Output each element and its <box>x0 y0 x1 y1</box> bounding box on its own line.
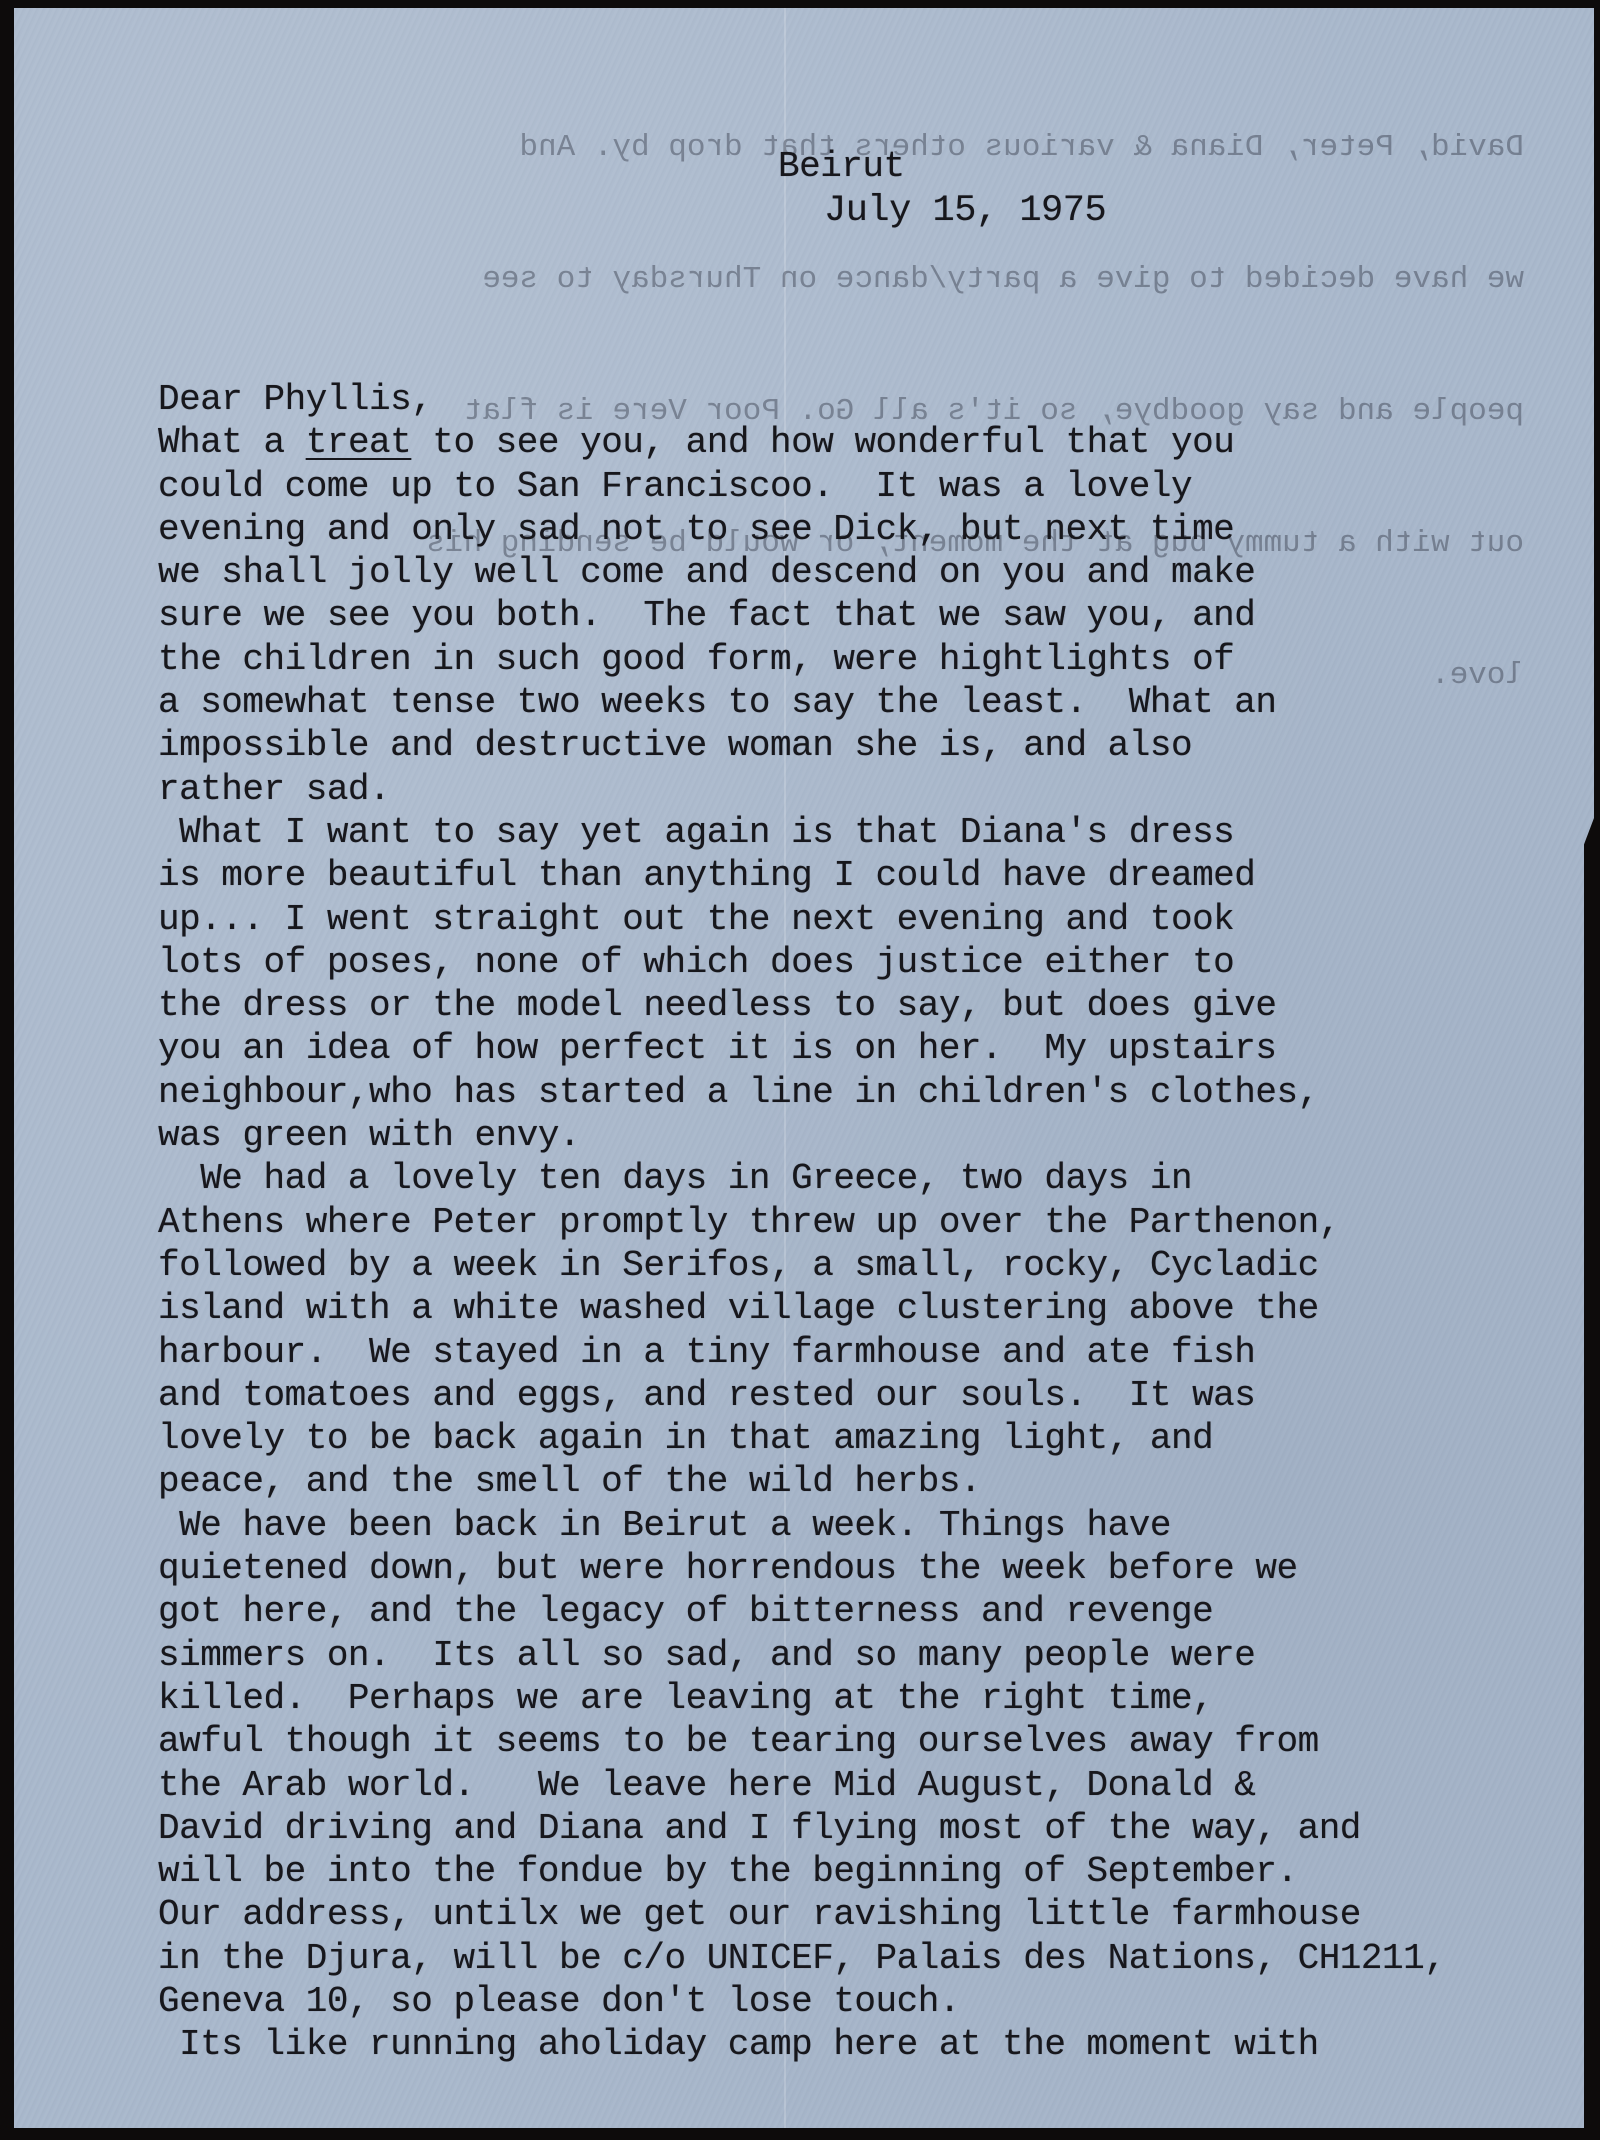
letter-line: followed by a week in Serifos, a small, … <box>158 1244 1588 1287</box>
letter-line: sure we see you both. The fact that we s… <box>158 594 1588 637</box>
letter-line: peace, and the smell of the wild herbs. <box>158 1460 1588 1503</box>
letter-line: quietened down, but were horrendous the … <box>158 1547 1588 1590</box>
letter-line: could come up to San Franciscoo. It was … <box>158 465 1588 508</box>
letter-text: What a <box>158 422 306 463</box>
letter-line: the children in such good form, were hig… <box>158 638 1588 681</box>
letter-line: killed. Perhaps we are leaving at the ri… <box>158 1677 1588 1720</box>
letter-line: island with a white washed village clust… <box>158 1287 1588 1330</box>
letter-place: Beirut <box>778 146 905 187</box>
letter-line: impossible and destructive woman she is,… <box>158 724 1588 767</box>
letter-line: Geneva 10, so please don't lose touch. <box>158 1980 1588 2023</box>
letter-line: neighbour,who has started a line in chil… <box>158 1071 1588 1114</box>
letter-line: was green with envy. <box>158 1114 1588 1157</box>
letter-line: the Arab world. We leave here Mid August… <box>158 1764 1588 1807</box>
letter-line: What I want to say yet again is that Dia… <box>158 811 1588 854</box>
letter-body: Dear Phyllis, What a treat to see you, a… <box>158 378 1588 2067</box>
letter-line: in the Djura, will be c/o UNICEF, Palais… <box>158 1937 1588 1980</box>
letter-date: July 15, 1975 <box>824 190 1106 232</box>
letter-page: David, Peter, Diana & various others tha… <box>14 8 1594 2128</box>
letter-line: rather sad. <box>158 768 1588 811</box>
letter-line: lots of poses, none of which does justic… <box>158 941 1588 984</box>
letter-line: harbour. We stayed in a tiny farmhouse a… <box>158 1331 1588 1374</box>
letter-line: We have been back in Beirut a week. Thin… <box>158 1504 1588 1547</box>
letter-line: Its like running aholiday camp here at t… <box>158 2023 1588 2066</box>
letter-line: Athens where Peter promptly threw up ove… <box>158 1201 1588 1244</box>
letter-line: you an idea of how perfect it is on her.… <box>158 1027 1588 1070</box>
letter-line: lovely to be back again in that amazing … <box>158 1417 1588 1460</box>
letter-line: evening and only sad not to see Dick, bu… <box>158 508 1588 551</box>
underlined-word: treat <box>306 422 412 463</box>
letter-line: the dress or the model needless to say, … <box>158 984 1588 1027</box>
letter-line: and tomatoes and eggs, and rested our so… <box>158 1374 1588 1417</box>
letter-line: is more beautiful than anything I could … <box>158 854 1588 897</box>
letter-line: simmers on. Its all so sad, and so many … <box>158 1634 1588 1677</box>
letter-line: got here, and the legacy of bitterness a… <box>158 1590 1588 1633</box>
letter-line: Our address, untilx we get our ravishing… <box>158 1893 1588 1936</box>
letter-line: We had a lovely ten days in Greece, two … <box>158 1157 1588 1200</box>
letter-line: What a treat to see you, and how wonderf… <box>158 421 1588 464</box>
letter-line: awful though it seems to be tearing ours… <box>158 1720 1588 1763</box>
letter-line: up... I went straight out the next eveni… <box>158 898 1588 941</box>
paper-edge-tear <box>1584 818 1594 2128</box>
letter-text: to see you, and how wonderful that you <box>411 422 1234 463</box>
letter-line: David driving and Diana and I flying mos… <box>158 1807 1588 1850</box>
letter-line: a somewhat tense two weeks to say the le… <box>158 681 1588 724</box>
salutation: Dear Phyllis, <box>158 378 1588 421</box>
letter-line: will be into the fondue by the beginning… <box>158 1850 1588 1893</box>
letter-line: we shall jolly well come and descend on … <box>158 551 1588 594</box>
